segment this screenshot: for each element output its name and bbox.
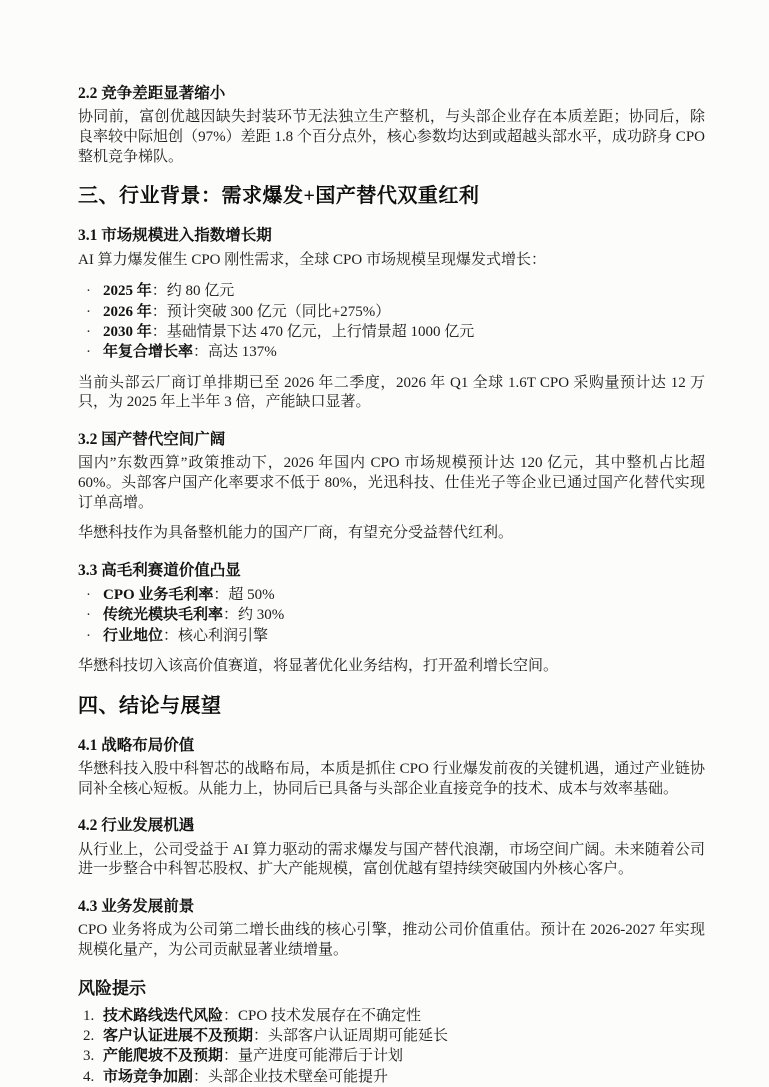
bullet-label: 传统光模块毛利率 bbox=[103, 607, 223, 623]
risk-text: ：量产进度可能滞后于计划 bbox=[223, 1048, 403, 1064]
section-heading-3-1: 3.1 市场规模进入指数增长期 bbox=[78, 226, 705, 245]
chapter-heading-4: 四、结论与展望 bbox=[78, 693, 705, 719]
bullet-label: 2026 年 bbox=[103, 304, 152, 320]
list-item: ·2030 年：基础情景下达 470 亿元，上行情景超 1000 亿元 bbox=[78, 322, 705, 342]
bullet-icon: · bbox=[86, 322, 91, 342]
list-item: 4.市场竞争加剧：头部企业技术壁垒可能提升 bbox=[78, 1067, 705, 1087]
bullet-text: ：约 30% bbox=[223, 607, 284, 623]
bullet-text: ：核心利润引擎 bbox=[163, 628, 268, 644]
section-heading-3-3: 3.3 高毛利赛道价值凸显 bbox=[78, 561, 705, 580]
bullet-icon: · bbox=[86, 585, 91, 605]
risk-label: 市场竞争加剧 bbox=[103, 1069, 193, 1085]
risk-text: ：CPO 技术发展存在不确定性 bbox=[223, 1008, 421, 1024]
section-4-2-paragraph: 从行业上，公司受益于 AI 算力驱动的需求爆发与国产替代浪潮，市场空间广阔。未来… bbox=[78, 841, 705, 880]
bullet-text: ：基础情景下达 470 亿元，上行情景超 1000 亿元 bbox=[152, 324, 475, 340]
list-item: ·年复合增长率：高达 137% bbox=[78, 342, 705, 362]
bullet-label: 行业地位 bbox=[103, 628, 163, 644]
list-item: ·2025 年：约 80 亿元 bbox=[78, 281, 705, 301]
section-heading-2-2: 2.2 竞争差距显著缩小 bbox=[78, 84, 705, 103]
bullet-icon: · bbox=[86, 281, 91, 301]
bullet-icon: · bbox=[86, 302, 91, 322]
list-number: 2. bbox=[83, 1026, 94, 1046]
section-3-2-paragraph: 国内”东数西算”政策推动下，2026 年国内 CPO 市场规模预计达 120 亿… bbox=[78, 454, 705, 513]
section-heading-4-1: 4.1 战略布局价值 bbox=[78, 736, 705, 755]
bullet-label: 2030 年 bbox=[103, 324, 152, 340]
bullet-icon: · bbox=[86, 342, 91, 362]
section-4-1-paragraph: 华懋科技入股中科智芯的战略布局，本质是抓住 CPO 行业爆发前夜的关键机遇，通过… bbox=[78, 760, 705, 799]
list-number: 3. bbox=[83, 1046, 94, 1066]
list-item: 2.客户认证进展不及预期：头部客户认证周期可能延长 bbox=[78, 1026, 705, 1046]
list-item: ·2026 年：预计突破 300 亿元（同比+275%） bbox=[78, 302, 705, 322]
risk-text: ：头部企业技术壁垒可能提升 bbox=[193, 1069, 388, 1085]
risk-heading: 风险提示 bbox=[78, 978, 705, 1000]
risk-label: 技术路线迭代风险 bbox=[103, 1008, 223, 1024]
list-item: 1.技术路线迭代风险：CPO 技术发展存在不确定性 bbox=[78, 1006, 705, 1026]
bullet-text: ：预计突破 300 亿元（同比+275%） bbox=[152, 304, 390, 320]
bullet-label: 年复合增长率 bbox=[103, 344, 193, 360]
bullet-text: ：约 80 亿元 bbox=[152, 283, 235, 299]
section-2-2-paragraph: 协同前，富创优越因缺失封装环节无法独立生产整机，与头部企业存在本质差距；协同后，… bbox=[78, 108, 705, 167]
bullet-icon: · bbox=[86, 626, 91, 646]
bullet-label: 2025 年 bbox=[103, 283, 152, 299]
risk-list: 1.技术路线迭代风险：CPO 技术发展存在不确定性 2.客户认证进展不及预期：头… bbox=[78, 1006, 705, 1087]
chapter-heading-3: 三、行业背景：需求爆发+国产替代双重红利 bbox=[78, 183, 705, 209]
bullet-label: CPO 业务毛利率 bbox=[103, 587, 213, 603]
bullet-text: ：高达 137% bbox=[193, 344, 277, 360]
section-heading-3-2: 3.2 国产替代空间广阔 bbox=[78, 430, 705, 449]
market-growth-list: ·2025 年：约 80 亿元 ·2026 年：预计突破 300 亿元（同比+2… bbox=[78, 281, 705, 363]
list-item: ·CPO 业务毛利率：超 50% bbox=[78, 585, 705, 605]
section-3-1-paragraph: 当前头部云厂商订单排期已至 2026 年二季度，2026 年 Q1 全球 1.6… bbox=[78, 374, 705, 413]
document-page: 2.2 竞争差距显著缩小 协同前，富创优越因缺失封装环节无法独立生产整机，与头部… bbox=[0, 0, 769, 1087]
risk-label: 客户认证进展不及预期 bbox=[103, 1028, 253, 1044]
section-3-2-paragraph-2: 华懋科技作为具备整机能力的国产厂商，有望充分受益替代红利。 bbox=[78, 524, 705, 544]
list-item: ·传统光模块毛利率：约 30% bbox=[78, 605, 705, 625]
risk-text: ：头部客户认证周期可能延长 bbox=[253, 1028, 448, 1044]
bullet-text: ：超 50% bbox=[213, 587, 274, 603]
list-item: 3.产能爬坡不及预期：量产进度可能滞后于计划 bbox=[78, 1046, 705, 1066]
section-heading-4-2: 4.2 行业发展机遇 bbox=[78, 816, 705, 835]
section-4-3-paragraph: CPO 业务将成为公司第二增长曲线的核心引擎，推动公司价值重估。预计在 2026… bbox=[78, 921, 705, 960]
list-number: 4. bbox=[83, 1067, 94, 1087]
list-number: 1. bbox=[83, 1006, 94, 1026]
section-3-1-intro: AI 算力爆发催生 CPO 刚性需求，全球 CPO 市场规模呈现爆发式增长： bbox=[78, 251, 705, 271]
section-3-3-paragraph: 华懋科技切入该高价值赛道，将显著优化业务结构，打开盈利增长空间。 bbox=[78, 657, 705, 677]
list-item: ·行业地位：核心利润引擎 bbox=[78, 626, 705, 646]
bullet-icon: · bbox=[86, 605, 91, 625]
section-heading-4-3: 4.3 业务发展前景 bbox=[78, 897, 705, 916]
risk-label: 产能爬坡不及预期 bbox=[103, 1048, 223, 1064]
margin-profile-list: ·CPO 业务毛利率：超 50% ·传统光模块毛利率：约 30% ·行业地位：核… bbox=[78, 585, 705, 646]
